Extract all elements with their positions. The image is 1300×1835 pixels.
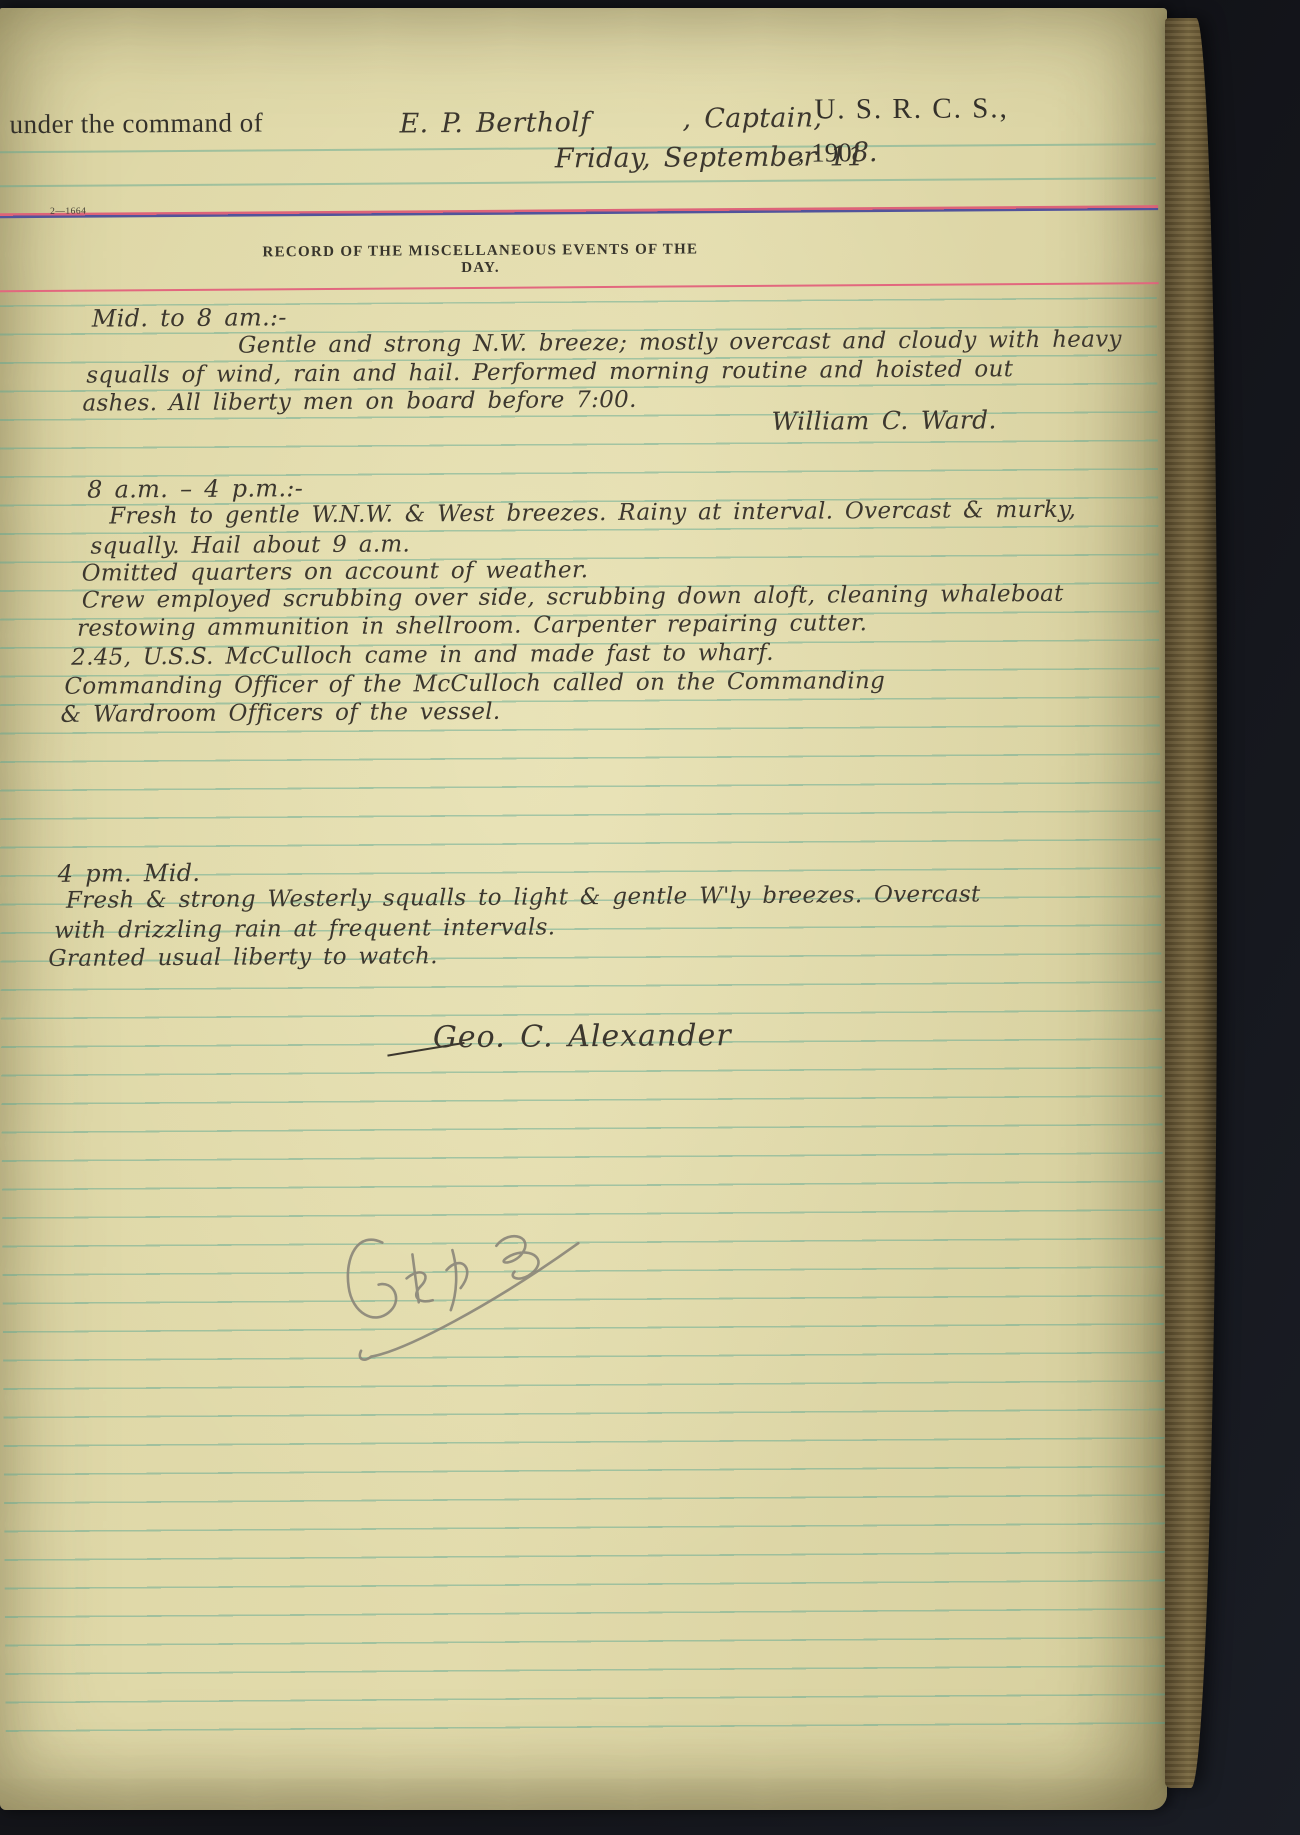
form-number: 2—1664 — [50, 207, 86, 217]
year-printed: , 190 — [798, 137, 852, 167]
rank-text: , Captain, — [682, 102, 822, 134]
service-text: U. S. R. C. S., — [814, 92, 1009, 126]
pencil-scribble-drawing — [340, 1227, 601, 1369]
watch-label: 4 pm. Mid. — [58, 859, 201, 888]
log-line: with drizzling rain at frequent interval… — [54, 914, 555, 943]
log-line: Granted usual liberty to watch. — [48, 943, 438, 972]
commander-signature: E. P. Bertholf — [399, 107, 590, 139]
record-title: RECORD OF THE MISCELLANEOUS EVENTS OF TH… — [250, 241, 710, 278]
watch-label: Mid. to 8 am.:- — [92, 303, 287, 332]
log-line: restowing ammunition in shellroom. Carpe… — [77, 610, 867, 642]
watch-label: 8 a.m. – 4 p.m.:- — [87, 474, 303, 504]
log-line: squally. Hail about 9 a.m. — [90, 531, 410, 559]
log-book-page: under the command of E. P. Bertholf , Ca… — [0, 8, 1167, 1810]
log-line: 2.45, U.S.S. McCulloch came in and made … — [71, 640, 774, 671]
ruled-line — [0, 177, 1156, 187]
command-prefix-text: under the command of — [9, 107, 263, 140]
log-line: & Wardroom Officers of the vessel. — [61, 699, 501, 728]
officer-signature: Geo. C. Alexander — [433, 1018, 732, 1055]
red-blue-margin-line — [0, 205, 1158, 218]
year-written: 8. — [852, 137, 878, 168]
book-spine-edge — [1165, 18, 1217, 1788]
log-line: ashes. All liberty men on board before 7… — [82, 387, 636, 417]
page-content: under the command of E. P. Bertholf , Ca… — [0, 3, 1173, 1813]
year-line: , 1908. — [798, 137, 878, 169]
pencil-scribble — [340, 1227, 601, 1374]
officer-signature: William C. Ward. — [772, 405, 997, 436]
red-margin-line — [0, 282, 1159, 293]
log-line: Omitted quarters on account of weather. — [82, 557, 589, 587]
